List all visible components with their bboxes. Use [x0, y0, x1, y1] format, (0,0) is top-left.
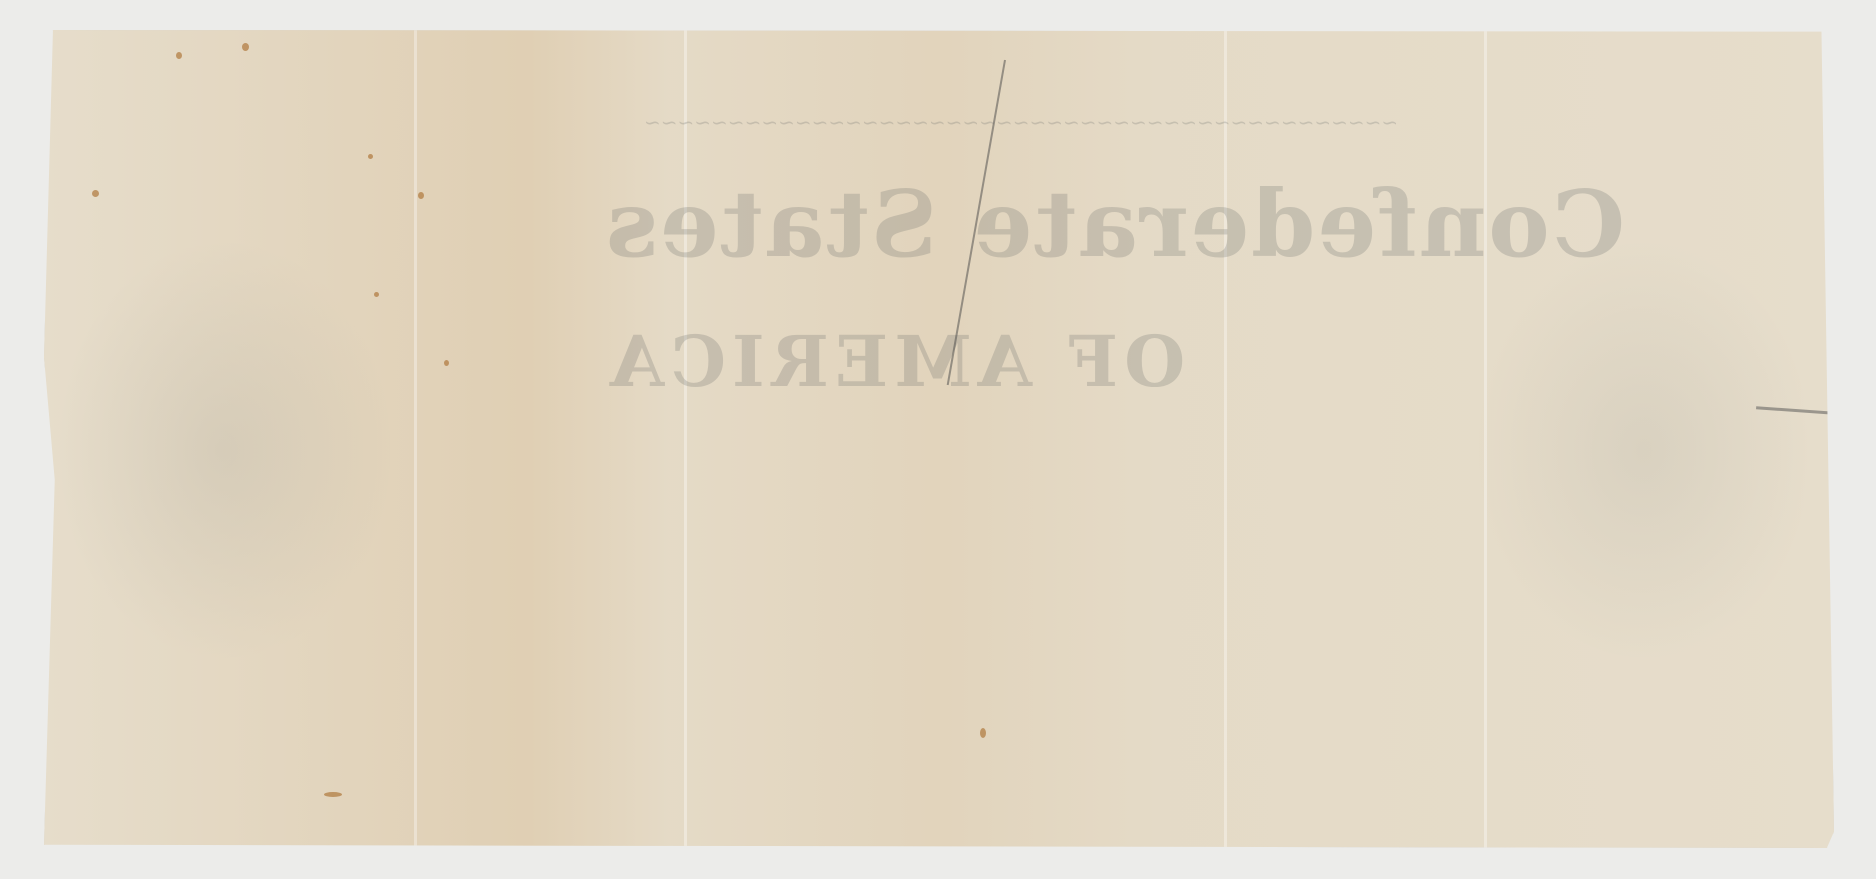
foxing-spot [374, 292, 379, 297]
foxing-spot [176, 52, 182, 59]
ghost-text-subtitle: OF AMERICA [604, 320, 1185, 403]
paper-tear [1756, 406, 1864, 417]
fold-line [1224, 30, 1227, 848]
foxing-spot [418, 192, 424, 199]
fold-line [684, 30, 687, 848]
foxing-spot [444, 360, 449, 366]
foxing-spot [368, 154, 373, 159]
foxing-spot [92, 190, 99, 197]
ghost-text-top: ~~~~~~~~~~~~~~~~~~~~~~~~~~~~~~~~~~~~~~~~… [644, 110, 1398, 134]
foxing-spot [980, 728, 986, 738]
ghost-text-title: Confederate States [604, 170, 1625, 278]
fold-line [414, 30, 417, 848]
fold-line [1484, 30, 1487, 848]
stain-mark [324, 792, 342, 797]
foxing-spot [242, 43, 249, 51]
banknote-paper: ~~~~~~~~~~~~~~~~~~~~~~~~~~~~~~~~~~~~~~~~… [44, 30, 1834, 848]
